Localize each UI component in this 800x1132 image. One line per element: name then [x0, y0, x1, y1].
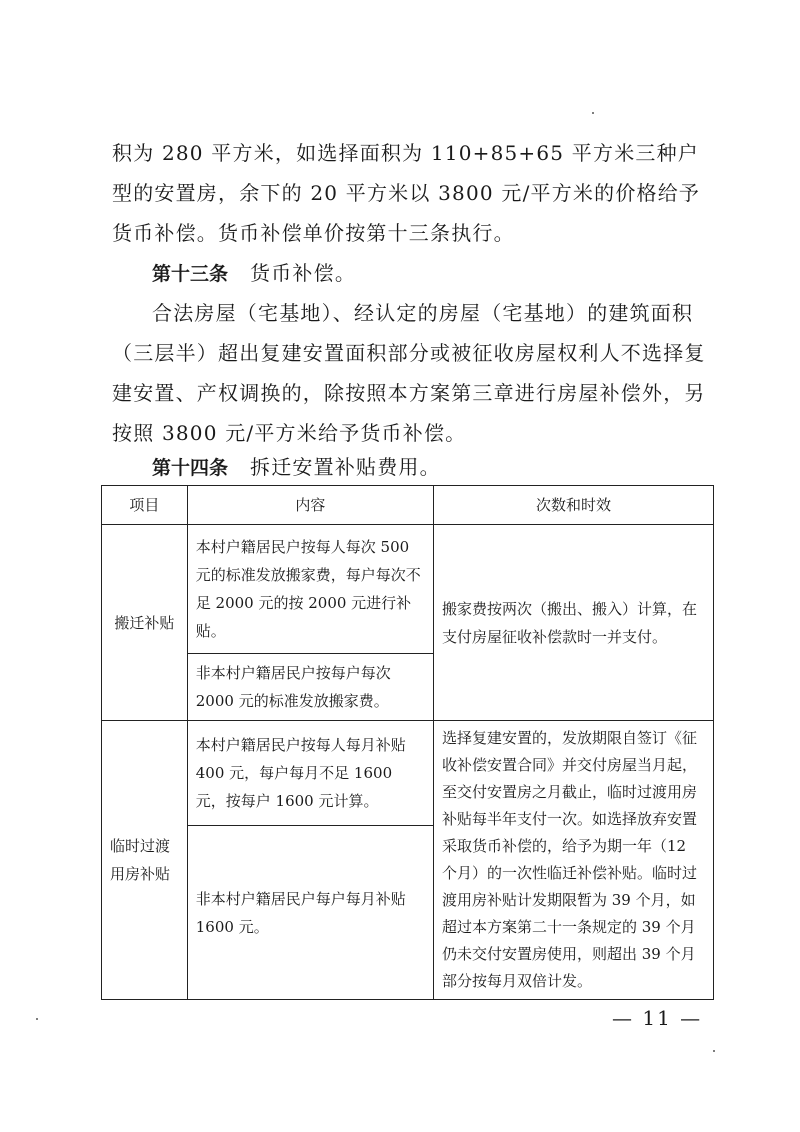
content-cell: 非本村户籍居民户按每户每次 2000 元的标准发放搬家费。	[187, 654, 433, 721]
compensation-table: 项目 内容 次数和时效 搬迁补贴 本村户籍居民户按每人每次 500 元的标准发放…	[101, 485, 714, 1000]
article-14-heading: 第十四条拆迁安置补贴费用。	[152, 447, 441, 488]
article-13-number: 第十三条	[152, 263, 228, 285]
scan-speck	[713, 1050, 715, 1052]
page-number: — 11 —	[612, 1006, 702, 1030]
table-row: 搬迁补贴 本村户籍居民户按每人每次 500 元的标准发放搬家费，每户每次不足 2…	[102, 525, 714, 654]
paragraph-continuation: 积为 280 平方米，如选择面积为 110+85+65 平方米三种户型的安置房，…	[112, 133, 712, 253]
article-14-number: 第十四条	[152, 457, 228, 479]
header-content: 内容	[187, 486, 433, 525]
scan-speck	[36, 1018, 38, 1020]
article-13-title: 货币补偿。	[250, 261, 356, 285]
timing-cell: 搬家费按两次（搬出、搬入）计算，在支付房屋征收补偿款时一并支付。	[433, 525, 713, 721]
header-timing: 次数和时效	[433, 486, 713, 525]
article-13-body: 合法房屋（宅基地）、经认定的房屋（宅基地）的建筑面积（三层半）超出复建安置面积部…	[112, 293, 712, 453]
content-cell: 本村户籍居民户按每人每月补贴 400 元，每户每月不足 1600 元，按每户 1…	[187, 721, 433, 826]
article-14-title: 拆迁安置补贴费用。	[250, 455, 441, 479]
item-relocation-subsidy: 搬迁补贴	[102, 525, 188, 721]
item-temporary-housing-subsidy: 临时过渡用房补贴	[102, 721, 188, 1000]
timing-cell: 选择复建安置的，发放期限自签订《征收补偿安置合同》并交付房屋当月起，至交付安置房…	[433, 721, 713, 1000]
content-cell: 非本村户籍居民户每户每月补贴 1600 元。	[187, 826, 433, 1000]
header-item: 项目	[102, 486, 188, 525]
article-13-heading: 第十三条货币补偿。	[152, 253, 356, 294]
content-cell: 本村户籍居民户按每人每次 500 元的标准发放搬家费，每户每次不足 2000 元…	[187, 525, 433, 654]
table-row: 临时过渡用房补贴 本村户籍居民户按每人每月补贴 400 元，每户每月不足 160…	[102, 721, 714, 826]
document-page: 积为 280 平方米，如选择面积为 110+85+65 平方米三种户型的安置房，…	[0, 0, 800, 1132]
table-header-row: 项目 内容 次数和时效	[102, 486, 714, 525]
scan-speck	[592, 112, 594, 114]
